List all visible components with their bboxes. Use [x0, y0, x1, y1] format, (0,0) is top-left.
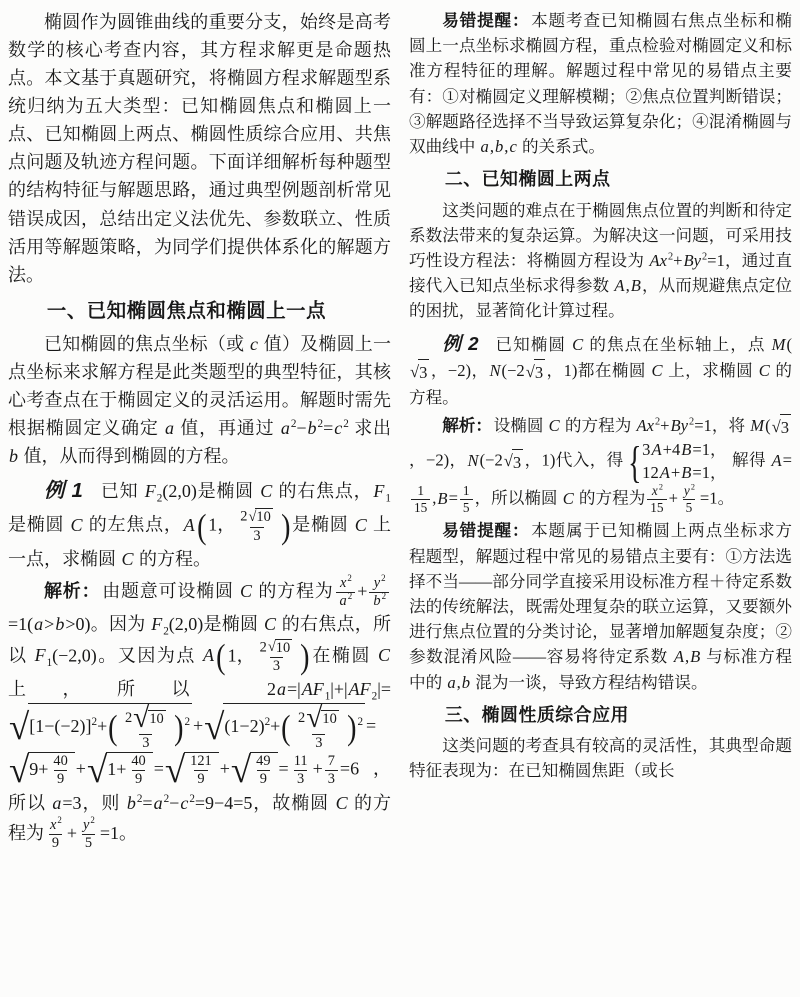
math-variable: a — [280, 418, 291, 438]
superscript: 2 — [382, 591, 386, 601]
math-variable: b — [307, 418, 318, 438]
numerator: 40 — [128, 753, 148, 770]
math-variable: C — [121, 549, 135, 569]
denominator: 3 — [270, 657, 283, 675]
denominator: a2 — [336, 592, 356, 610]
square-root: √3 — [526, 359, 545, 385]
math-variable: A — [673, 647, 685, 666]
fraction: y25 — [680, 483, 698, 516]
numerator: 1 — [414, 483, 427, 499]
denominator: 3 — [250, 527, 263, 545]
close-paren-icon: ) — [281, 509, 290, 544]
paren-group: (2√103) — [280, 704, 357, 752]
radicand: 10 — [275, 639, 292, 657]
analysis-label: 解析： — [44, 581, 100, 601]
numerator: 7 — [325, 753, 338, 770]
radicand: 1219 — [184, 752, 219, 789]
math-variable: c — [179, 793, 189, 813]
math-variable: C — [335, 793, 349, 813]
superscript: 2 — [668, 251, 673, 262]
square-root: √10 — [133, 704, 166, 734]
square-root: √499 — [231, 752, 278, 789]
fraction: 2√103 — [295, 704, 343, 752]
numerator: x2 — [648, 483, 666, 499]
square-root: √10 — [306, 704, 339, 734]
section-heading: 二、已知椭圆上两点 — [409, 166, 792, 193]
denominator: 3 — [139, 734, 152, 752]
fraction: 2√103 — [122, 704, 170, 752]
numerator: 2√10 — [122, 704, 170, 734]
denominator: 5 — [460, 499, 473, 516]
fraction: 15 — [460, 483, 473, 516]
radicand: [1−(−2)]2+(2√103)2 — [28, 703, 192, 752]
superscript: 2 — [291, 418, 297, 430]
fraction: y25 — [79, 817, 98, 853]
math-variable: C — [562, 489, 575, 508]
radicand: 10 — [148, 710, 165, 728]
denominator: 5 — [82, 834, 95, 852]
paren-content: 1，2√103 — [227, 639, 300, 676]
radicand: 10 — [255, 508, 272, 526]
math-variable: F — [144, 481, 157, 501]
superscript: 2 — [57, 815, 61, 825]
superscript: 2 — [381, 573, 385, 583]
superscript: 2 — [347, 573, 351, 583]
superscript: 2 — [189, 793, 195, 805]
open-paren-icon: ( — [281, 710, 290, 745]
paren-content: 1，2√103 — [207, 508, 280, 545]
analysis-paragraph: 解析：由题意可设椭圆 C 的方程为x2a2+y2b2=1(a>b>0)。因为 F… — [8, 575, 391, 853]
fraction: x215 — [647, 483, 666, 516]
warning-label: 易错提醒： — [442, 11, 529, 30]
math-variable: C — [650, 361, 663, 380]
math-variable: a — [276, 679, 287, 699]
fraction: 2√103 — [257, 639, 297, 676]
open-paren-icon: ( — [197, 509, 206, 544]
math-variable: A — [202, 645, 215, 665]
numerator: 40 — [50, 753, 70, 770]
subscript: 1 — [47, 657, 53, 669]
denominator: b2 — [369, 592, 389, 610]
brace-icon: { — [628, 443, 641, 481]
numerator: 2√10 — [257, 639, 297, 657]
square-root: √10 — [248, 508, 272, 526]
radicand: 10 — [321, 710, 338, 728]
superscript: 2 — [137, 793, 143, 805]
fraction: x29 — [46, 817, 65, 853]
radicand: 499 — [250, 752, 277, 789]
math-variable: F — [34, 645, 47, 665]
math-variable: b — [54, 614, 65, 634]
math-variable: B — [680, 440, 692, 459]
denominator: 15 — [411, 499, 430, 516]
denominator: 9 — [54, 770, 67, 788]
math-variable: b — [126, 793, 137, 813]
paren-group: (2√103) — [107, 704, 184, 752]
left-column: 椭圆作为圆锥曲线的重要分支，始终是高考数学的核心考查内容，其方程求解更是命题热点… — [8, 6, 391, 997]
radicand: 3 — [780, 414, 791, 440]
square-root: √3 — [504, 449, 523, 475]
subscript: 2 — [372, 691, 378, 703]
denominator: 15 — [647, 499, 666, 516]
paren-content: 2√103 — [292, 704, 346, 752]
denominator: 9 — [257, 770, 270, 788]
math-variable: C — [377, 645, 391, 665]
math-variable: y — [373, 575, 381, 591]
square-root: √3 — [410, 359, 429, 385]
equation-line: 12A+B=1， — [642, 463, 726, 484]
denominator: 9 — [194, 770, 207, 788]
superscript: 2 — [90, 815, 94, 825]
paragraph: 椭圆作为圆锥曲线的重要分支，始终是高考数学的核心考查内容，其方程求解更是命题热点… — [8, 8, 391, 289]
section-heading: 三、椭圆性质综合应用 — [409, 702, 792, 729]
numerator: y2 — [370, 575, 389, 592]
superscript: 2 — [691, 483, 695, 492]
math-variable: C — [354, 515, 368, 535]
math-variable: M — [771, 335, 787, 354]
numerator: 2√10 — [295, 704, 343, 734]
square-root: √3 — [772, 414, 791, 440]
numerator: x2 — [46, 817, 65, 834]
math-variable: b — [8, 446, 19, 466]
math-variable: C — [548, 416, 561, 435]
equation-line: 3A+4B=1， — [642, 440, 726, 461]
math-variable: By — [670, 416, 690, 435]
subscript: 1 — [385, 493, 391, 505]
superscript: 2 — [689, 416, 694, 427]
math-variable: AF — [348, 679, 372, 699]
math-variable: c — [249, 334, 259, 354]
example-label: 例 2 — [442, 333, 478, 354]
math-variable: c — [508, 137, 517, 156]
math-variable: B — [689, 647, 701, 666]
math-variable: a — [51, 793, 62, 813]
math-variable: B — [436, 489, 448, 508]
paragraph: 这类问题的难点在于椭圆焦点位置的判断和待定系数法带来的复杂运算。为解决这一问题，… — [409, 198, 792, 324]
paragraph: 这类问题的考查具有较高的灵活性，其典型命题特征表现为：在已知椭圆焦距（或长 — [409, 733, 792, 783]
fraction: 113 — [291, 753, 311, 789]
math-variable: a — [33, 614, 44, 634]
math-variable: C — [239, 581, 253, 601]
paragraph: 已知椭圆的焦点坐标（或 c 值）及椭圆上一点坐标来求解方程是此类题型的典型特征，… — [8, 330, 391, 470]
superscript: 2 — [655, 416, 660, 427]
close-paren-icon: ) — [174, 710, 183, 745]
radical-icon: √ — [165, 752, 185, 789]
math-variable: a — [339, 593, 348, 609]
numerator: 1 — [460, 483, 473, 499]
paren-content: 2√103 — [119, 704, 173, 752]
superscript: 2 — [348, 591, 352, 601]
fraction: 1219 — [187, 753, 215, 789]
radical-icon: √ — [9, 709, 29, 746]
math-variable: A — [771, 451, 783, 470]
fraction: x2a2 — [336, 575, 356, 611]
math-variable: M — [749, 416, 765, 435]
fraction: 115 — [411, 483, 430, 516]
radicand: 3 — [512, 449, 523, 475]
denominator: 3 — [312, 734, 325, 752]
math-variable: A — [183, 515, 196, 535]
radicand: (1−2)2+(2√103)2 — [223, 703, 365, 752]
math-variable: b — [461, 673, 471, 692]
math-variable: A — [613, 276, 625, 295]
example-label: 例 1 — [44, 480, 83, 502]
math-variable: A — [659, 463, 671, 482]
warning-paragraph: 易错提醒：本题属于已知椭圆上两点坐标求方程题型，解题过程中常见的易错点主要有：①… — [409, 518, 792, 695]
numerator: y2 — [79, 817, 98, 834]
math-variable: A — [650, 440, 662, 459]
numerator: 49 — [253, 753, 273, 770]
math-variable: F — [150, 614, 163, 634]
math-variable: N — [488, 361, 501, 380]
denominator: 3 — [325, 770, 338, 788]
paren-group: (1，2√103) — [215, 639, 311, 676]
warning-paragraph: 易错提醒：本题考查已知椭圆右焦点坐标和椭圆上一点坐标求椭圆方程，重点检验对椭圆定… — [409, 8, 792, 159]
radicand: 3 — [418, 359, 429, 385]
math-variable: C — [758, 361, 771, 380]
close-paren-icon: ) — [300, 639, 309, 674]
superscript: 2 — [318, 418, 324, 430]
math-variable: a — [446, 673, 456, 692]
fraction: 73 — [325, 753, 338, 789]
math-variable: b — [372, 593, 381, 609]
radical-icon: √ — [204, 709, 224, 746]
numerator: 121 — [187, 753, 215, 770]
right-column: 易错提醒：本题考查已知椭圆右焦点坐标和椭圆上一点坐标求椭圆方程，重点检验对椭圆定… — [409, 6, 792, 997]
radicand: 1+409 — [106, 752, 153, 789]
warning-label: 易错提醒： — [442, 521, 529, 540]
equation-lines: 3A+4B=1，12A+B=1， — [642, 440, 726, 483]
math-variable: C — [70, 515, 84, 535]
math-variable: b — [494, 137, 504, 156]
math-variable: y — [683, 483, 691, 498]
radical-icon: √ — [9, 752, 29, 789]
close-paren-icon: ) — [347, 710, 356, 745]
math-variable: N — [467, 451, 480, 470]
superscript: 2 — [164, 793, 170, 805]
numerator: 11 — [291, 753, 311, 770]
subscript: 2 — [157, 493, 163, 505]
superscript: 2 — [265, 716, 271, 728]
denominator: 3 — [294, 770, 307, 788]
math-variable: C — [263, 614, 277, 634]
section-heading: 一、已知椭圆焦点和椭圆上一点 — [8, 296, 391, 326]
example-paragraph: 例 1已知 F2(2,0)是椭圆 C 的右焦点，F1 是椭圆 C 的左焦点，A(… — [8, 476, 391, 572]
math-variable: c — [333, 418, 343, 438]
superscript: 2 — [343, 418, 349, 430]
denominator: 9 — [49, 834, 62, 852]
fraction: 409 — [50, 753, 70, 789]
math-variable: a — [164, 418, 175, 438]
superscript: 2 — [702, 251, 707, 262]
math-variable: x — [651, 483, 659, 498]
radical-icon: √ — [231, 752, 251, 789]
fraction: 2√103 — [237, 508, 277, 545]
superscript: 2 — [659, 483, 663, 492]
analysis-paragraph: 解析：设椭圆 C 的方程为 Ax2+By2=1，将 M(√3，−2)，N(−2√… — [409, 413, 792, 517]
open-paren-icon: ( — [108, 710, 117, 745]
document-page: 椭圆作为圆锥曲线的重要分支，始终是高考数学的核心考查内容，其方程求解更是命题热点… — [0, 0, 800, 997]
math-variable: AF — [301, 679, 325, 699]
math-variable: a — [480, 137, 490, 156]
math-variable: By — [683, 251, 703, 270]
paren-group: (1，2√103) — [196, 508, 292, 545]
radical-icon: √ — [133, 704, 149, 734]
radical-icon: √ — [87, 752, 107, 789]
math-variable: Ax — [636, 416, 656, 435]
denominator: 5 — [683, 499, 696, 516]
square-root: √(1−2)2+(2√103)2 — [204, 703, 365, 752]
fraction: y2b2 — [369, 575, 389, 611]
analysis-label: 解析： — [442, 416, 492, 435]
square-root: √[1−(−2)]2+(2√103)2 — [9, 703, 192, 752]
fraction: 409 — [128, 753, 148, 789]
radical-icon: √ — [306, 704, 322, 734]
math-variable: a — [153, 793, 164, 813]
radicand: 3 — [534, 359, 545, 385]
numerator: x2 — [336, 575, 355, 592]
math-variable: C — [571, 335, 584, 354]
superscript: 2 — [92, 716, 98, 728]
numerator: 2√10 — [237, 508, 277, 526]
math-variable: F — [372, 481, 385, 501]
math-variable: Ax — [648, 251, 668, 270]
square-root: √10 — [268, 639, 292, 657]
math-variable: C — [259, 481, 273, 501]
math-variable: B — [680, 463, 692, 482]
math-variable: B — [630, 276, 642, 295]
numerator: y2 — [680, 483, 698, 499]
square-root: √1219 — [165, 752, 219, 789]
fraction: 499 — [253, 753, 273, 789]
example-paragraph: 例 2已知椭圆 C 的焦点在坐标轴上，点 M(√3，−2)，N(−2√3，1)都… — [409, 330, 792, 411]
denominator: 9 — [132, 770, 145, 788]
radicand: 9+409 — [28, 752, 75, 789]
subscript: 2 — [163, 626, 169, 638]
open-paren-icon: ( — [216, 639, 225, 674]
superscript: 2 — [357, 716, 363, 728]
subscript: 1 — [325, 691, 331, 703]
equation-system: {3A+4B=1，12A+B=1， — [624, 440, 727, 483]
square-root: √9+409 — [9, 752, 75, 789]
superscript: 2 — [184, 716, 190, 728]
square-root: √1+409 — [87, 752, 153, 789]
